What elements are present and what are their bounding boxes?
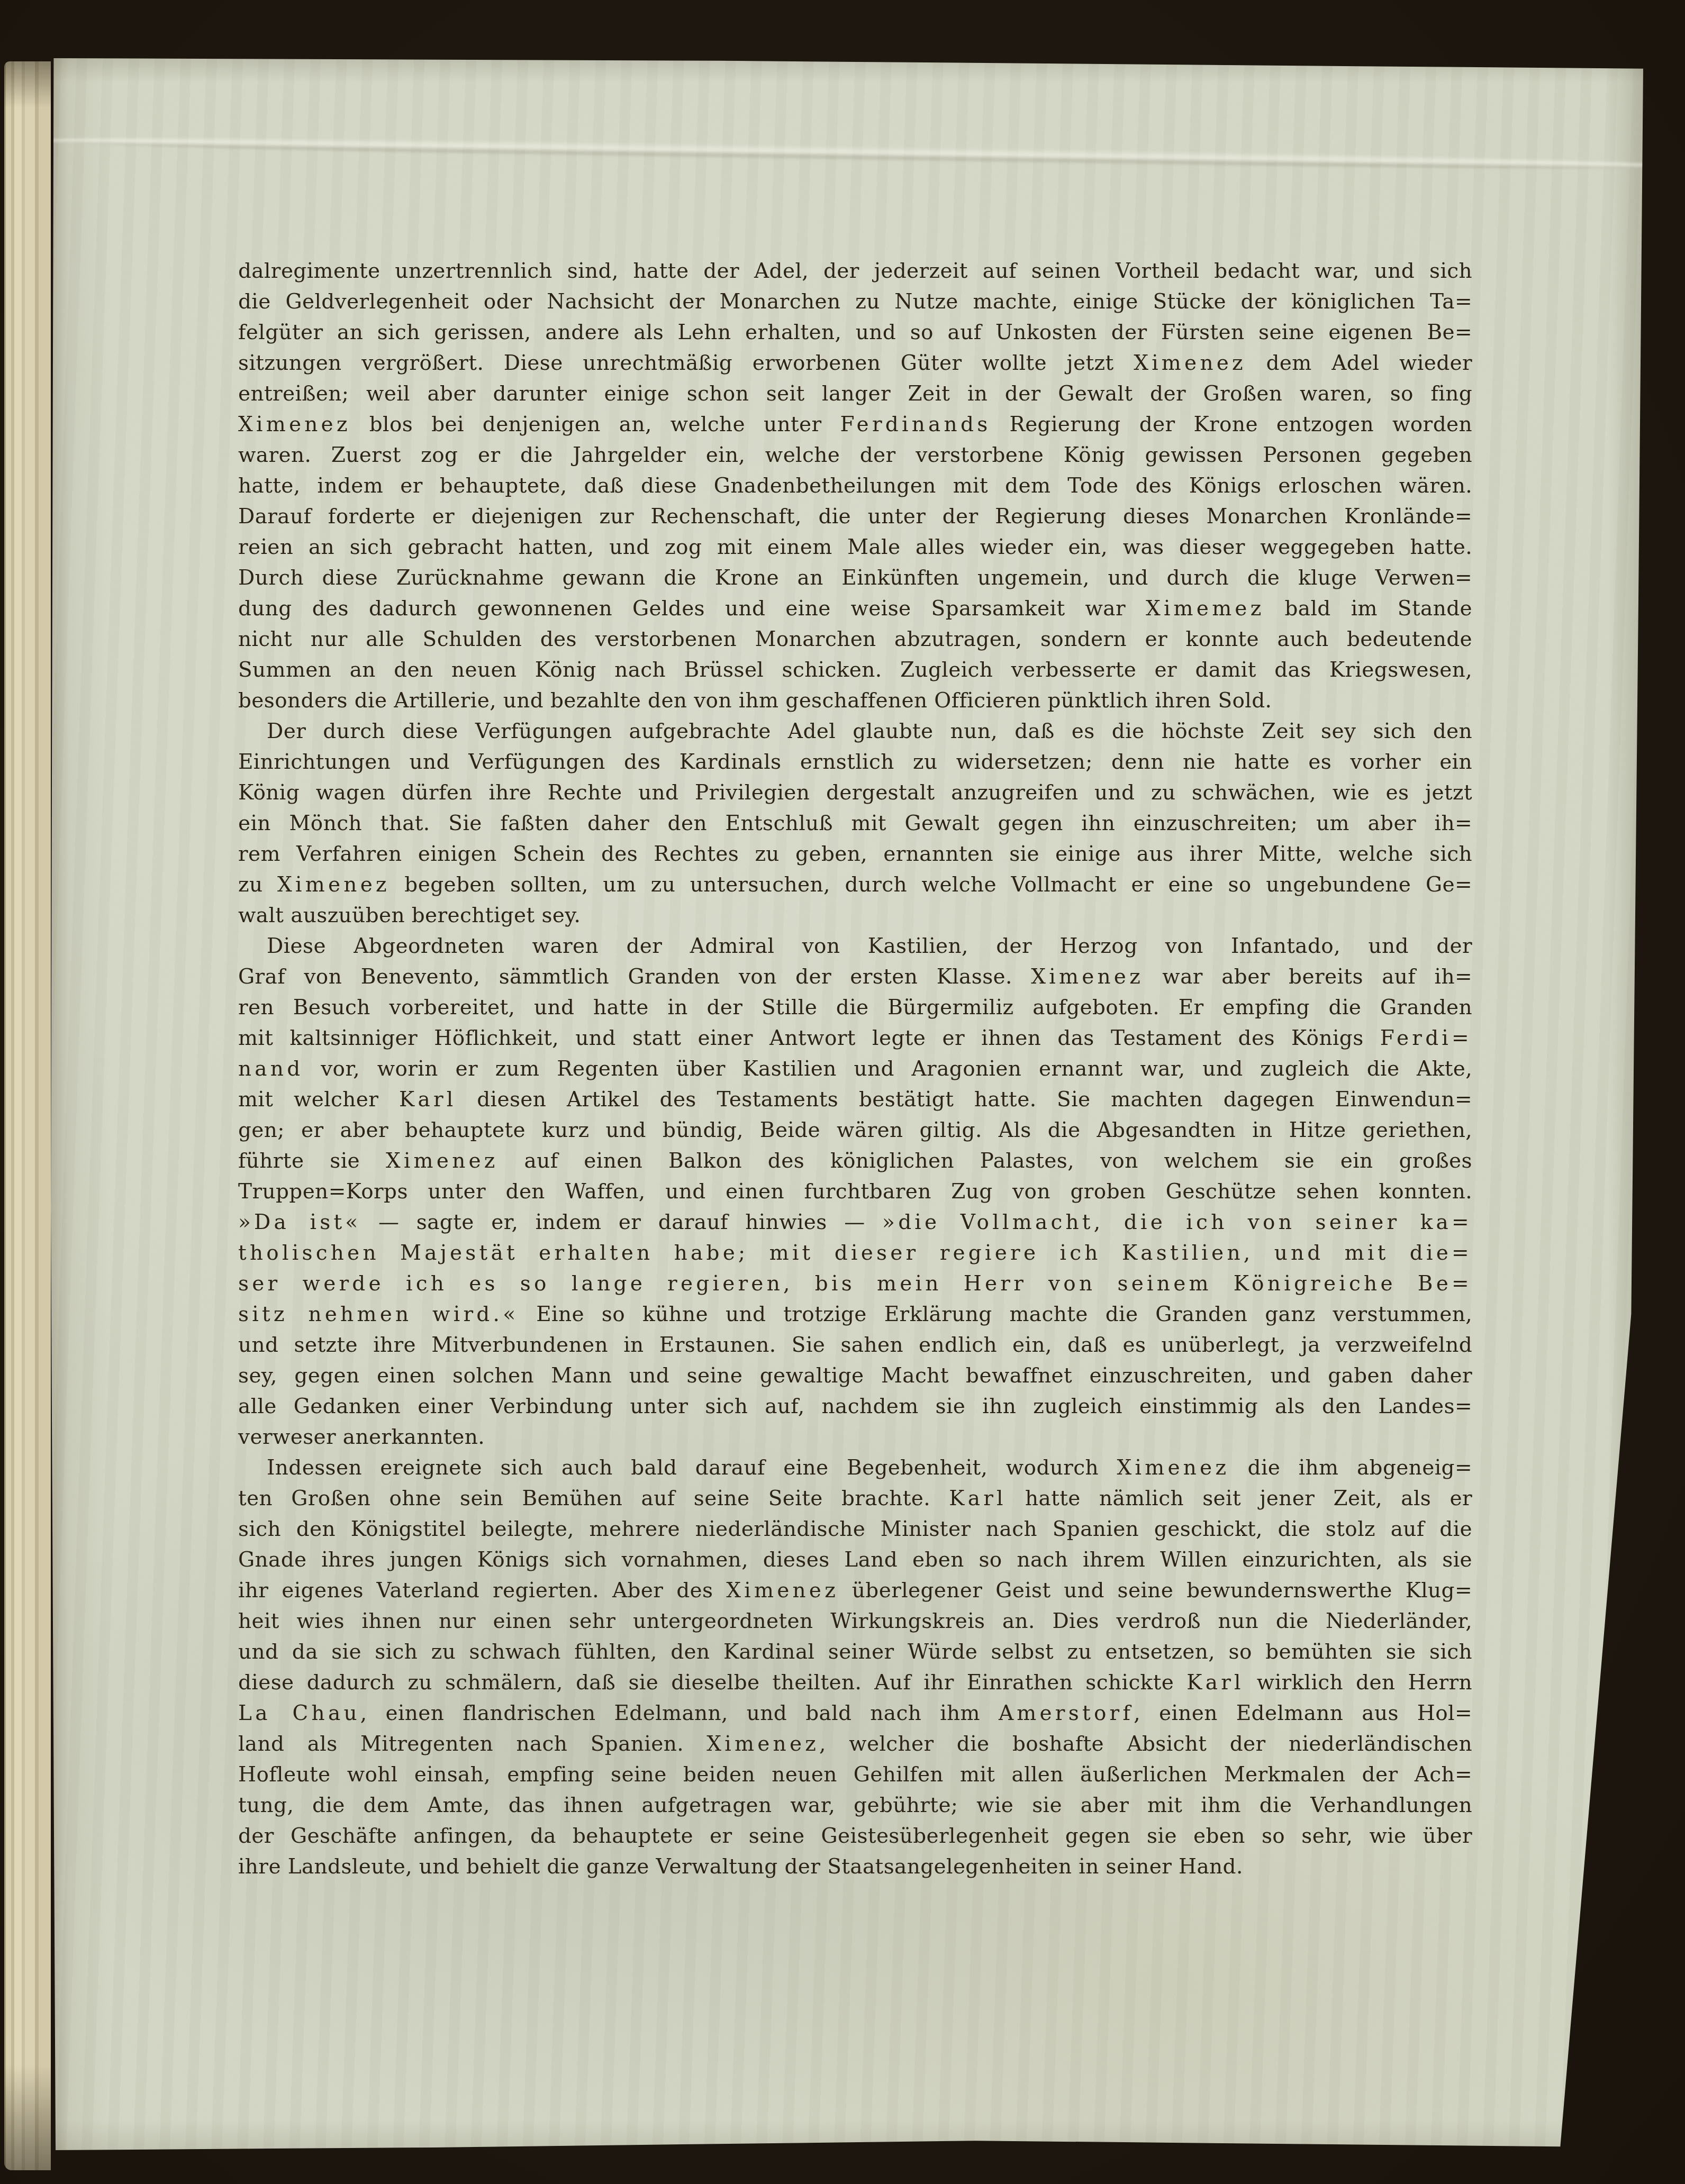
- text-line: sich den Königstitel beilegte, mehrere n…: [238, 1514, 1472, 1545]
- text-segment: reien an sich gebracht hatten, und zog m…: [238, 535, 1472, 559]
- emphasized-text-segment: Ximenez: [1134, 351, 1246, 375]
- text-line: ihr eigenes Vaterland regierten. Aber de…: [238, 1576, 1472, 1606]
- text-line: hatte, indem er behauptete, daß diese Gn…: [238, 471, 1472, 502]
- emphasized-text-segment: Ximenez: [706, 1732, 819, 1756]
- emphasized-text-segment: Ximenez: [238, 413, 351, 436]
- emphasized-text-segment: sitz nehmen wird.«: [238, 1303, 519, 1326]
- text-line: »Da ist« — sagte er, indem er darauf hin…: [238, 1207, 1472, 1238]
- text-segment: — sagte er, indem er darauf hinwies —: [361, 1211, 882, 1234]
- text-segment: dung des dadurch gewonnenen Geldes und e…: [238, 597, 1146, 621]
- text-segment: ihre Landsleute, und behielt die ganze V…: [238, 1855, 1243, 1879]
- emphasized-text-segment: »Da ist«: [238, 1211, 361, 1234]
- text-line: sitz nehmen wird.« Eine so kühne und tro…: [238, 1299, 1472, 1330]
- text-line: ren Besuch vorbereitet, und hatte in der…: [238, 993, 1472, 1023]
- text-line: walt auszuüben berechtiget sey.: [238, 900, 1472, 931]
- text-line: heit wies ihnen nur einen sehr untergeor…: [238, 1606, 1472, 1637]
- text-line: dung des dadurch gewonnenen Geldes und e…: [238, 594, 1472, 624]
- emphasized-text-segment: Karl: [1186, 1671, 1244, 1695]
- text-line: mit kaltsinniger Höflichkeit, und statt …: [238, 1023, 1472, 1054]
- paragraph: Diese Abgeordneten waren der Admiral von…: [238, 931, 1472, 1453]
- paragraph: Indessen ereignete sich auch bald darauf…: [238, 1453, 1472, 1882]
- paragraph: dalregimente unzertrennlich sind, hatte …: [238, 256, 1472, 716]
- text-line: Hofleute wohl einsah, empfing seine beid…: [238, 1760, 1472, 1790]
- text-segment: König wagen dürfen ihre Rechte und Privi…: [238, 781, 1472, 805]
- paragraph: Der durch diese Verfügungen aufgebrachte…: [238, 716, 1472, 931]
- text-segment: hatte, indem er behauptete, daß diese Gn…: [238, 474, 1472, 498]
- text-segment: der Geschäfte anfingen, da behauptete er…: [238, 1824, 1472, 1848]
- text-segment: walt auszuüben berechtiget sey.: [238, 904, 581, 927]
- text-segment: Gnade ihres jungen Königs sich vornahmen…: [238, 1548, 1472, 1572]
- text-line: Ximenez blos bei denjenigen an, welche u…: [238, 410, 1472, 440]
- text-line: tholischen Majestät erhalten habe; mit d…: [238, 1238, 1472, 1269]
- page-text: dalregimente unzertrennlich sind, hatte …: [238, 256, 1472, 1882]
- paper-crease: [35, 133, 1685, 174]
- text-line: ihre Landsleute, und behielt die ganze V…: [238, 1852, 1472, 1882]
- text-segment: dalregimente unzertrennlich sind, hatte …: [238, 259, 1472, 283]
- text-line: felgüter an sich gerissen, andere als Le…: [238, 317, 1472, 348]
- text-line: La Chau, einen flandrischen Edelmann, un…: [238, 1698, 1472, 1729]
- text-line: nand vor, worin er zum Regenten über Kas…: [238, 1054, 1472, 1085]
- text-line: sitzungen vergrößert. Diese unrechtmäßig…: [238, 348, 1472, 379]
- emphasized-text-segment: Ferdinands: [840, 413, 991, 436]
- text-line: führte sie Ximenez auf einen Balkon des …: [238, 1146, 1472, 1177]
- text-line: ein Mönch that. Sie faßten daher den Ent…: [238, 808, 1472, 839]
- emphasized-text-segment: »die Vollmacht, die ich von seiner ka=: [882, 1211, 1472, 1234]
- text-segment: , einen flandrischen Edelmann, und bald …: [360, 1701, 999, 1725]
- text-line: der Geschäfte anfingen, da behauptete er…: [238, 1821, 1472, 1852]
- text-line: Einrichtungen und Verfügungen des Kardin…: [238, 747, 1472, 778]
- text-segment: blos bei denjenigen an, welche unter: [351, 413, 840, 436]
- text-segment: rem Verfahren einigen Schein des Rechtes…: [238, 842, 1472, 866]
- text-line: dalregimente unzertrennlich sind, hatte …: [238, 256, 1472, 287]
- text-segment: vor, worin er zum Regenten über Kastilie…: [303, 1057, 1472, 1081]
- text-line: Darauf forderte er diejenigen zur Rechen…: [238, 502, 1472, 532]
- text-segment: zu: [238, 873, 277, 897]
- text-line: besonders die Artillerie, und bezahlte d…: [238, 686, 1472, 716]
- text-line: alle Gedanken einer Verbindung unter sic…: [238, 1391, 1472, 1422]
- text-line: gen; er aber behauptete kurz und bündig,…: [238, 1115, 1472, 1146]
- text-segment: alle Gedanken einer Verbindung unter sic…: [238, 1395, 1472, 1418]
- text-line: ser werde ich es so lange regieren, bis …: [238, 1269, 1472, 1299]
- text-segment: Eine so kühne und trotzige Erklärung mac…: [519, 1303, 1472, 1326]
- text-line: rem Verfahren einigen Schein des Rechtes…: [238, 839, 1472, 870]
- text-segment: wirklich den Herrn: [1244, 1671, 1472, 1695]
- text-line: Der durch diese Verfügungen aufgebrachte…: [238, 716, 1472, 747]
- book-page: dalregimente unzertrennlich sind, hatte …: [51, 58, 1645, 2151]
- text-segment: diese dadurch zu schmälern, daß sie dies…: [238, 1671, 1186, 1695]
- text-segment: Indessen ereignete sich auch bald darauf…: [267, 1456, 1117, 1480]
- text-segment: überlegener Geist und seine bewundernswe…: [839, 1579, 1472, 1603]
- text-line: Graf von Benevento, sämmtlich Granden vo…: [238, 962, 1472, 993]
- text-segment: sey, gegen einen solchen Mann und seine …: [238, 1364, 1472, 1388]
- text-line: Durch diese Zurücknahme gewann die Krone…: [238, 563, 1472, 594]
- text-segment: Darauf forderte er diejenigen zur Rechen…: [238, 505, 1472, 529]
- text-segment: Diese Abgeordneten waren der Admiral von…: [267, 934, 1472, 958]
- text-segment: verweser anerkannten.: [238, 1425, 485, 1449]
- text-line: verweser anerkannten.: [238, 1422, 1472, 1453]
- text-line: die Geldverlegenheit oder Nachsicht der …: [238, 287, 1472, 317]
- text-segment: mit welcher: [238, 1088, 399, 1112]
- book-page-edges: [4, 61, 51, 2170]
- text-segment: diesen Artikel des Testaments bestätigt …: [457, 1088, 1472, 1112]
- text-line: waren. Zuerst zog er die Jahrgelder ein,…: [238, 440, 1472, 471]
- text-segment: hatte nämlich seit jener Zeit, als er: [1007, 1487, 1472, 1510]
- emphasized-text-segment: ser werde ich es so lange regieren, bis …: [238, 1272, 1472, 1296]
- text-line: nicht nur alle Schulden des verstorbenen…: [238, 624, 1472, 655]
- text-segment: führte sie: [238, 1149, 386, 1173]
- text-segment: ihr eigenes Vaterland regierten. Aber de…: [238, 1579, 726, 1603]
- text-segment: Einrichtungen und Verfügungen des Kardin…: [238, 750, 1472, 774]
- text-line: und setzte ihre Mitverbundenen in Erstau…: [238, 1330, 1472, 1361]
- text-segment: , einen Edelmann aus Hol=: [1134, 1701, 1472, 1725]
- text-segment: Truppen=Korps unter den Waffen, und eine…: [238, 1180, 1472, 1204]
- text-line: und da sie sich zu schwach fühlten, den …: [238, 1637, 1472, 1668]
- text-segment: sich den Königstitel beilegte, mehrere n…: [238, 1517, 1472, 1541]
- text-segment: waren. Zuerst zog er die Jahrgelder ein,…: [238, 443, 1472, 467]
- text-segment: felgüter an sich gerissen, andere als Le…: [238, 321, 1472, 344]
- text-segment: dem Adel wieder: [1246, 351, 1472, 375]
- text-line: Indessen ereignete sich auch bald darauf…: [238, 1453, 1472, 1484]
- text-segment: begeben sollten, um zu untersuchen, durc…: [390, 873, 1472, 897]
- text-segment: tung, die dem Amte, das ihnen aufgetrage…: [238, 1794, 1472, 1817]
- text-line: land als Mitregenten nach Spanien. Ximen…: [238, 1729, 1472, 1760]
- text-segment: war aber bereits auf ih=: [1144, 965, 1472, 989]
- text-line: Diese Abgeordneten waren der Admiral von…: [238, 931, 1472, 962]
- emphasized-text-segment: Karl: [399, 1088, 456, 1112]
- emphasized-text-segment: Ximenez: [1031, 965, 1144, 989]
- text-line: König wagen dürfen ihre Rechte und Privi…: [238, 778, 1472, 808]
- text-segment: ein Mönch that. Sie faßten daher den Ent…: [238, 812, 1472, 835]
- emphasized-text-segment: Ximenez: [277, 873, 390, 897]
- emphasized-text-segment: Ximenez: [1117, 1456, 1229, 1480]
- emphasized-text-segment: Karl: [949, 1487, 1006, 1510]
- text-segment: auf einen Balkon des königlichen Palaste…: [499, 1149, 1472, 1173]
- text-line: Gnade ihres jungen Königs sich vornahmen…: [238, 1545, 1472, 1576]
- text-line: mit welcher Karl diesen Artikel des Test…: [238, 1085, 1472, 1115]
- text-segment: Summen an den neuen König nach Brüssel s…: [238, 658, 1472, 682]
- text-segment: und setzte ihre Mitverbundenen in Erstau…: [238, 1333, 1472, 1357]
- text-segment: die Geldverlegenheit oder Nachsicht der …: [238, 290, 1472, 314]
- text-segment: Graf von Benevento, sämmtlich Granden vo…: [238, 965, 1031, 989]
- text-segment: Regierung der Krone entzogen worden: [991, 413, 1472, 436]
- text-line: zu Ximenez begeben sollten, um zu unters…: [238, 870, 1472, 900]
- text-segment: sitzungen vergrößert. Diese unrechtmäßig…: [238, 351, 1134, 375]
- emphasized-text-segment: Ferdi=: [1380, 1026, 1472, 1050]
- text-segment: besonders die Artillerie, und bezahlte d…: [238, 689, 1272, 713]
- emphasized-text-segment: Ximenez: [726, 1579, 839, 1603]
- text-segment: mit kaltsinniger Höflichkeit, und statt …: [238, 1026, 1380, 1050]
- text-segment: entreißen; weil aber darunter einige sch…: [238, 382, 1472, 406]
- text-line: Truppen=Korps unter den Waffen, und eine…: [238, 1177, 1472, 1207]
- text-segment: Der durch diese Verfügungen aufgebrachte…: [267, 720, 1472, 743]
- text-line: Summen an den neuen König nach Brüssel s…: [238, 655, 1472, 686]
- text-line: entreißen; weil aber darunter einige sch…: [238, 379, 1472, 410]
- emphasized-text-segment: Ximenez: [386, 1149, 499, 1173]
- text-segment: ren Besuch vorbereitet, und hatte in der…: [238, 996, 1472, 1020]
- text-segment: ten Großen ohne sein Bemühen auf seine S…: [238, 1487, 949, 1510]
- text-segment: nicht nur alle Schulden des verstorbenen…: [238, 627, 1472, 651]
- text-segment: , welcher die boshafte Absicht der niede…: [819, 1732, 1472, 1756]
- text-segment: die ihm abgeneig=: [1229, 1456, 1472, 1480]
- text-line: diese dadurch zu schmälern, daß sie dies…: [238, 1668, 1472, 1698]
- text-segment: heit wies ihnen nur einen sehr untergeor…: [238, 1609, 1472, 1633]
- text-line: sey, gegen einen solchen Mann und seine …: [238, 1361, 1472, 1391]
- text-line: reien an sich gebracht hatten, und zog m…: [238, 532, 1472, 563]
- emphasized-text-segment: nand: [238, 1057, 303, 1081]
- text-line: tung, die dem Amte, das ihnen aufgetrage…: [238, 1790, 1472, 1821]
- emphasized-text-segment: Ximemez: [1146, 597, 1265, 621]
- emphasized-text-segment: Amerstorf: [999, 1701, 1134, 1725]
- text-segment: Durch diese Zurücknahme gewann die Krone…: [238, 566, 1472, 590]
- photo-backdrop: dalregimente unzertrennlich sind, hatte …: [0, 0, 1685, 2184]
- text-segment: und da sie sich zu schwach fühlten, den …: [238, 1640, 1472, 1664]
- text-segment: gen; er aber behauptete kurz und bündig,…: [238, 1118, 1472, 1142]
- emphasized-text-segment: tholischen Majestät erhalten habe; mit d…: [238, 1241, 1472, 1265]
- text-segment: land als Mitregenten nach Spanien.: [238, 1732, 706, 1756]
- text-line: ten Großen ohne sein Bemühen auf seine S…: [238, 1484, 1472, 1514]
- text-segment: Hofleute wohl einsah, empfing seine beid…: [238, 1763, 1472, 1787]
- text-segment: bald im Stande: [1264, 597, 1472, 621]
- emphasized-text-segment: La Chau: [238, 1701, 360, 1725]
